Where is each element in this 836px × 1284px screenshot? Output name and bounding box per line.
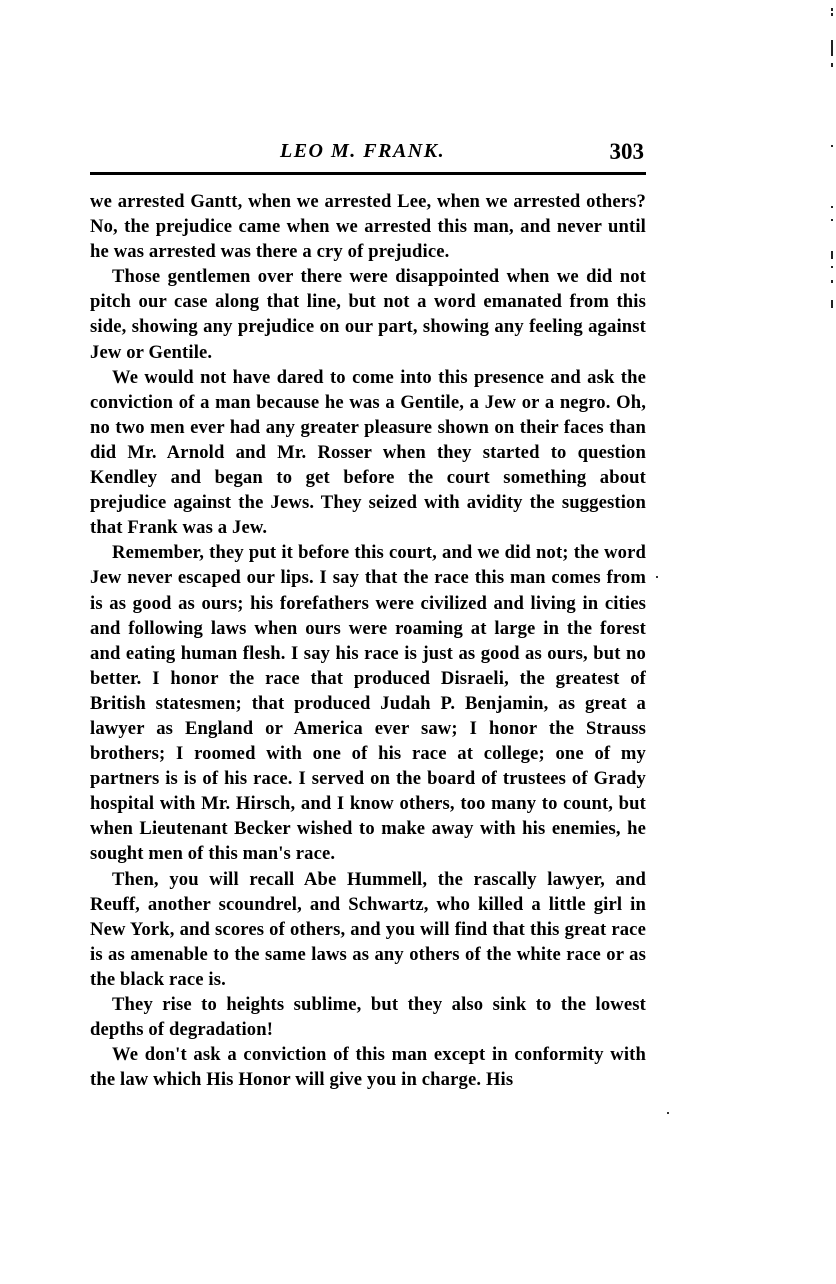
scan-artifact — [667, 1112, 669, 1114]
book-page: LEO M. FRANK. 303 we arrested Gantt, whe… — [90, 140, 646, 1092]
scan-artifact — [831, 219, 833, 221]
paragraph: we arrested Gantt, when we arrested Lee,… — [90, 189, 646, 264]
text-body: we arrested Gantt, when we arrested Lee,… — [90, 189, 646, 1092]
running-head: LEO M. FRANK. 303 — [90, 140, 646, 170]
scan-artifact — [831, 63, 833, 67]
running-title: LEO M. FRANK. — [280, 140, 445, 163]
paragraph: We would not have dared to come into thi… — [90, 365, 646, 541]
header-rule — [90, 172, 646, 175]
scan-artifact — [831, 206, 833, 208]
scan-artifact — [831, 266, 833, 268]
scan-margin-marks — [826, 0, 836, 400]
scan-artifact — [831, 40, 833, 56]
scan-artifact — [656, 576, 658, 578]
paragraph: Those gentlemen over there were disappoi… — [90, 264, 646, 364]
scan-artifact — [831, 300, 833, 308]
scan-artifact — [831, 251, 833, 259]
paragraph: Remember, they put it before this court,… — [90, 540, 646, 866]
scan-artifact — [831, 280, 833, 283]
page-number: 303 — [610, 139, 645, 165]
paragraph: Then, you will recall Abe Hummell, the r… — [90, 867, 646, 992]
paragraph: We don't ask a conviction of this man ex… — [90, 1042, 646, 1092]
scan-artifact — [831, 145, 833, 147]
paragraph: They rise to heights sublime, but they a… — [90, 992, 646, 1042]
scan-artifact — [831, 8, 833, 11]
scan-artifact — [831, 13, 833, 16]
